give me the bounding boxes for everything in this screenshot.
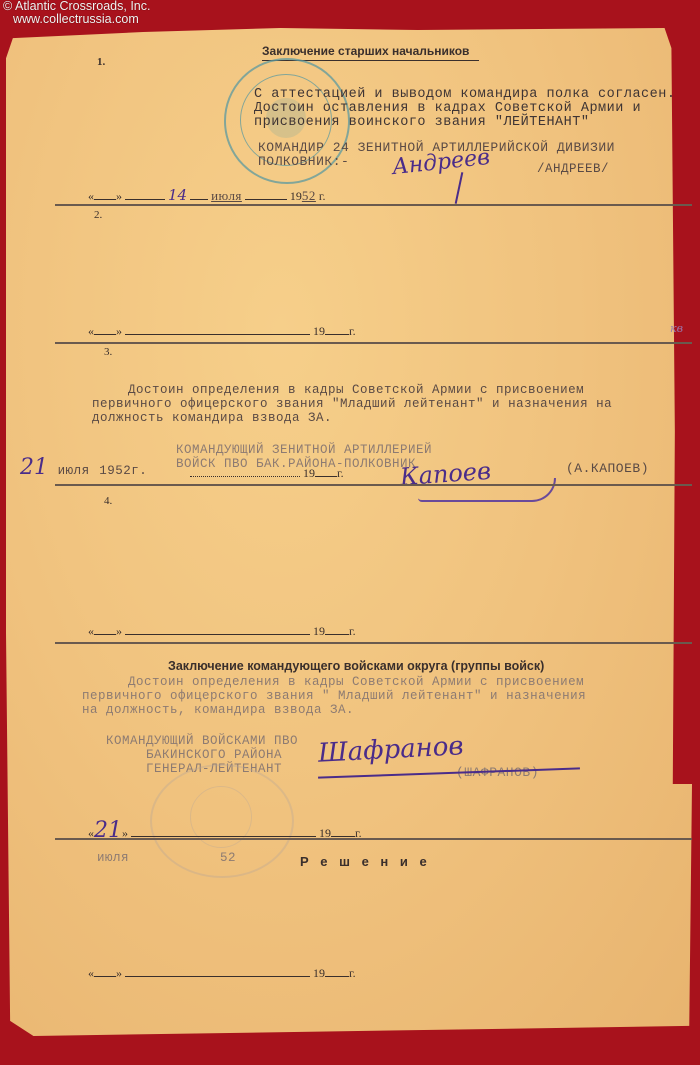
section-number-2: 2. [94, 209, 102, 221]
section3-date-month: июля [58, 464, 90, 478]
section1-body-line-1: С аттестацией и выводом командира полка … [254, 88, 675, 102]
divider [55, 642, 692, 644]
section-number-3: 3. [104, 346, 112, 358]
divider [55, 342, 692, 344]
section5-typed-year: 52 [220, 851, 236, 865]
section6-date: «» 19г. [88, 966, 356, 981]
section3-printed-date: 19г. [190, 466, 344, 481]
document-page [6, 28, 692, 1036]
section-number-4: 4. [104, 495, 112, 507]
section3-body-line-3: должность командира взвода ЗА. [92, 411, 332, 425]
section4-date: «» 19г. [88, 624, 356, 639]
section3-body-line-2: первичного офицерского звания "Младший л… [92, 397, 612, 411]
section1-body-line-3: присвоения воинского звания "ЛЕЙТЕНАНТ" [254, 116, 589, 130]
section1-date-year: 52 [302, 188, 316, 203]
decision-heading: Р е ш е н и е [300, 854, 431, 869]
section3-signer-title-1: КОМАНДУЮЩИЙ ЗЕНИТНОЙ АРТИЛЛЕРИЕЙ [176, 443, 432, 457]
section-number-1: 1. [97, 56, 105, 68]
section1-signer-title-2: ПОЛКОВНИК:- [258, 155, 349, 169]
section1-body-line-2: Достоин оставления в кадрах Советской Ар… [254, 102, 641, 116]
section3-body-line-1: Достоин определения в кадры Советской Ар… [128, 383, 584, 397]
section5-body-line-2: первичного офицерского звания " Младший … [82, 689, 586, 703]
section3-date-year: 1952г. [99, 464, 147, 478]
divider [55, 838, 692, 840]
watermark-url: www.collectrussia.com [3, 13, 150, 26]
signature-flourish [418, 478, 556, 502]
section5-signer-title-2: БАКИНСКОГО РАЙОНА [146, 748, 282, 762]
margin-note: кв [670, 322, 683, 335]
section5-typed-month: июля [97, 851, 129, 865]
section3-date: 21 июля 1952г. [20, 455, 147, 480]
section3-signer-name: (А.КАПОЕВ) [566, 462, 649, 476]
section5-body-line-1: Достоин определения в кадры Советской Ар… [128, 675, 584, 689]
section5-heading: Заключение командующего войсками округа … [168, 659, 544, 673]
divider [55, 204, 692, 206]
section2-date: «» 19г. [88, 324, 356, 339]
watermark: © Atlantic Crossroads, Inc. www.collectr… [3, 0, 150, 26]
section1-date: «» 14 июля 1952 г. [88, 186, 325, 204]
divider [55, 484, 692, 486]
section3-date-day: 21 [20, 455, 48, 480]
section1-date-month: июля [211, 188, 242, 203]
section1-date-day: 14 [168, 186, 187, 204]
section5-body-line-3: на должность, командира взвода ЗА. [82, 703, 354, 717]
section5-signer-title-1: КОМАНДУЮЩИЙ ВОЙСКАМИ ПВО [106, 734, 298, 748]
section1-signer-name: /АНДРЕЕВ/ [537, 162, 609, 176]
